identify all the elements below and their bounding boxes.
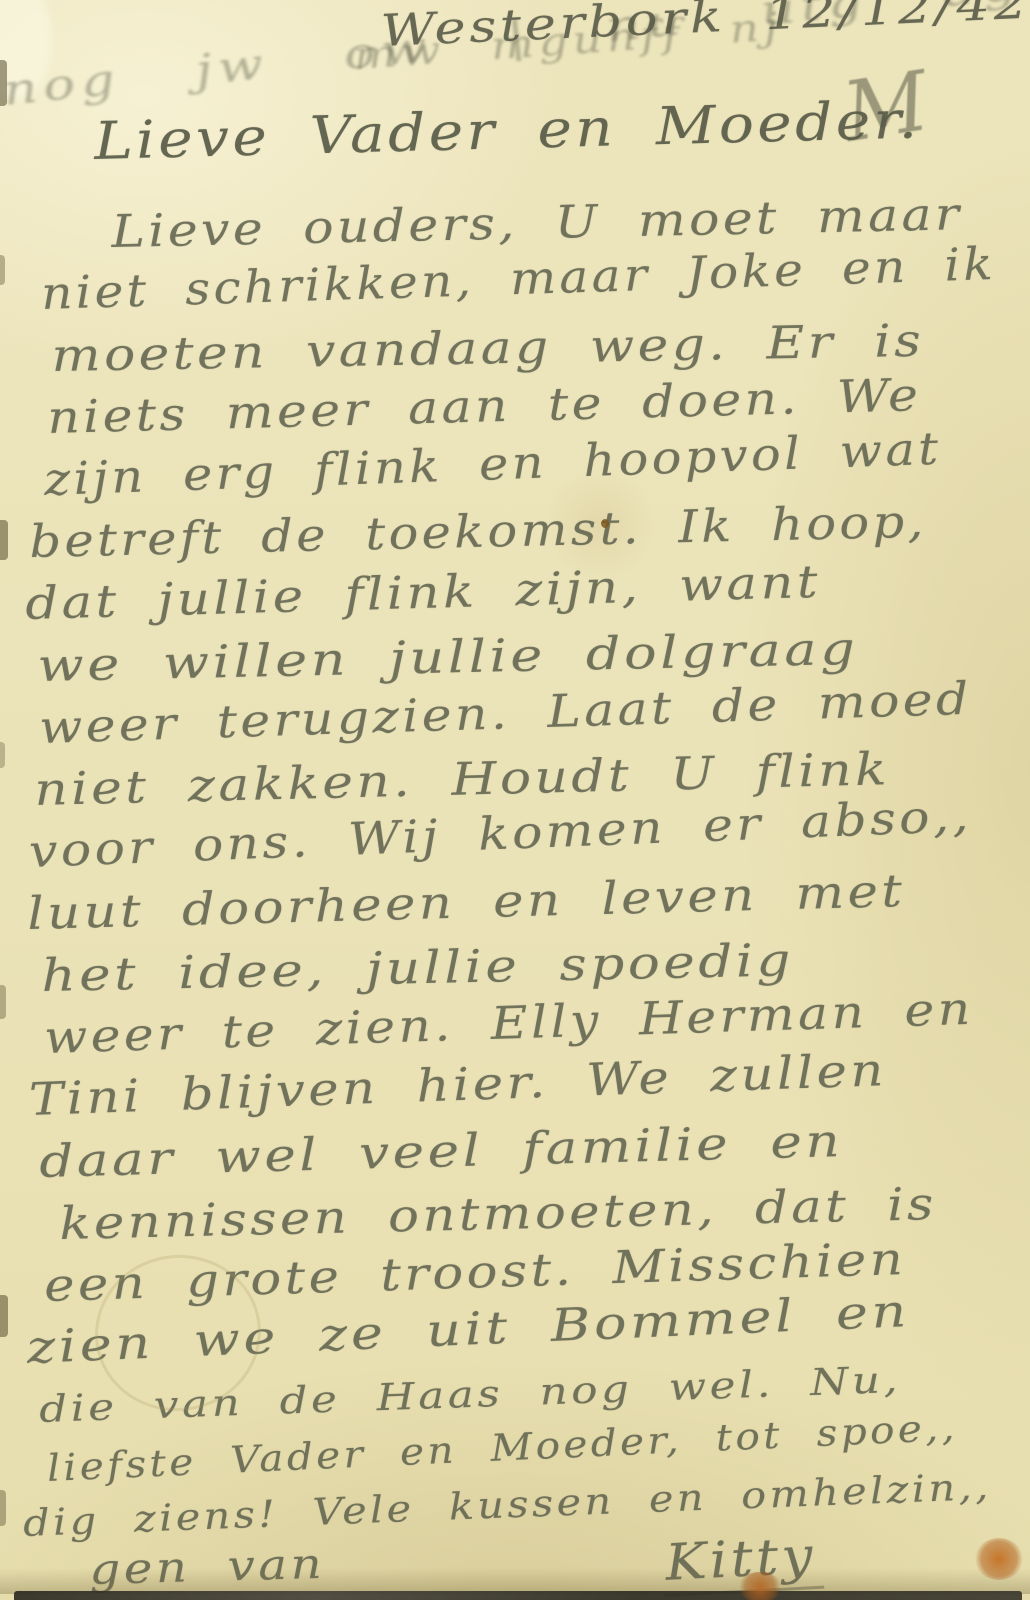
letter-line: luut doorheen en leven met bbox=[27, 864, 906, 940]
torn-edge-mark bbox=[0, 60, 7, 106]
torn-edge-mark bbox=[0, 1490, 6, 1526]
torn-edge-mark bbox=[0, 1295, 8, 1337]
letter-line: dat jullie flink zijn, want bbox=[25, 555, 822, 630]
torn-edge-mark bbox=[0, 520, 8, 560]
rust-stain bbox=[975, 1538, 1023, 1580]
torn-edge-mark bbox=[0, 742, 5, 768]
letter-page: mw mgunff nj nog jw ow | nu utg dg M Wes… bbox=[0, 0, 1030, 1600]
bottom-dark-edge bbox=[14, 1591, 1022, 1600]
letter-line: daar wel veel familie en bbox=[39, 1114, 844, 1188]
paper-speck bbox=[601, 519, 609, 528]
salutation: Lieve Vader en Moeder. bbox=[93, 90, 921, 172]
torn-edge-mark bbox=[0, 985, 6, 1019]
torn-edge-mark bbox=[0, 255, 5, 285]
rust-stain bbox=[738, 1572, 782, 1600]
